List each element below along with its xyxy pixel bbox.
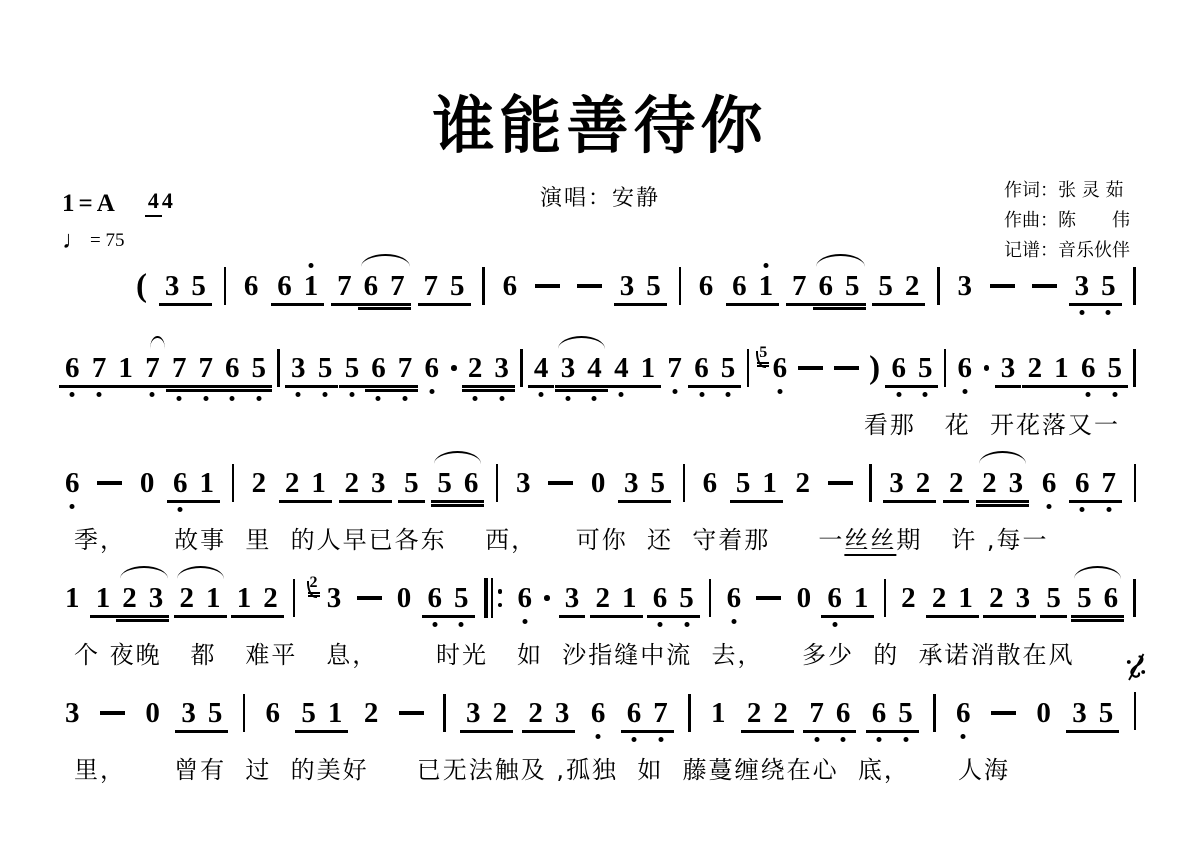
beam-group: 61 (731, 272, 774, 301)
note: 4 (613, 354, 630, 383)
lyric-line-2: 季， 故事 里 的人早已各东 西， 可你 还 守着那 一丝丝期 许 ,每一 (64, 520, 1136, 556)
note: 5 (449, 272, 466, 301)
beam-group-slur: 56 (436, 469, 479, 498)
beam-group: 6 (956, 354, 989, 383)
octave-dot-below (203, 396, 208, 401)
beam-line (143, 615, 170, 617)
beam-group: 6 (1041, 469, 1058, 498)
note: 5 (877, 272, 894, 301)
octave-dot-below (1106, 310, 1111, 315)
barline (869, 464, 871, 502)
note: 6 (772, 354, 789, 383)
beam-line (673, 615, 700, 617)
barline (1133, 267, 1135, 305)
beam-line (59, 385, 86, 387)
beam-line (444, 303, 471, 305)
duration-dash (577, 284, 602, 287)
barline (884, 579, 886, 617)
note: 5 (344, 354, 361, 383)
note: 2 (595, 584, 612, 613)
octave-dot-below (923, 392, 928, 397)
beam-line (431, 500, 458, 502)
beam-line (726, 303, 753, 305)
beam-group: 61 (172, 469, 215, 498)
beam-group: 6 (955, 699, 972, 728)
octave-dot-below (1079, 310, 1084, 315)
beam-line (614, 303, 641, 305)
duration-dash (828, 481, 853, 484)
octave-dot-below (961, 734, 966, 739)
beam-group: 2 (794, 469, 811, 498)
note: 2 (284, 469, 301, 498)
beam-group: 6 (702, 469, 719, 498)
beam-line (872, 303, 899, 305)
barline (683, 464, 685, 502)
repeat-dots (498, 589, 503, 607)
octave-dot-below (376, 396, 381, 401)
beam-group: 51 (735, 469, 778, 498)
note: 3 (64, 699, 81, 728)
note: 7 (171, 354, 188, 383)
note: 6 (955, 699, 972, 728)
octave-dot-below (896, 392, 901, 397)
note: 2 (491, 699, 508, 728)
octave-dot-below (349, 392, 354, 397)
note: 6 (243, 272, 260, 301)
time-upper: 4 (145, 188, 162, 217)
beam-line (1022, 385, 1049, 387)
beam-group: 23 (527, 699, 570, 728)
note: 2 (904, 272, 921, 301)
beam-line (756, 500, 783, 502)
beam-line (458, 504, 485, 506)
music-line-4: 1123211223065632165606122123556 (64, 570, 1136, 626)
augmentation-dot (451, 365, 457, 371)
barline (243, 694, 245, 732)
note: 2 (746, 699, 763, 728)
beam-line (618, 500, 645, 502)
beam-line (976, 504, 1003, 506)
note: 3 (370, 469, 387, 498)
note: 5 (1106, 354, 1123, 383)
beam-line (608, 385, 635, 387)
note: 3 (619, 272, 636, 301)
note: 2 (179, 584, 196, 613)
octave-dot-below (1112, 392, 1117, 397)
beam-group: 71 (91, 354, 134, 383)
beam-group: 2 (948, 469, 965, 498)
octave-dot-below (1086, 392, 1091, 397)
beam-line (166, 389, 193, 391)
tempo-value: 75 (105, 230, 124, 251)
note: 1 (117, 354, 134, 383)
beam-line (1048, 385, 1075, 387)
beam-line (1040, 615, 1067, 617)
beam-line (418, 303, 445, 305)
beam-line (193, 385, 220, 387)
note: 5 (1076, 584, 1093, 613)
octave-dot-below (1106, 507, 1111, 512)
note: 2 (772, 699, 789, 728)
note: 5 (720, 354, 737, 383)
beam-line (202, 730, 229, 732)
note: 7 (198, 354, 215, 383)
beam-group: 67 (626, 699, 669, 728)
note: 3 (564, 584, 581, 613)
note: 3 (1015, 584, 1032, 613)
beam-line (635, 385, 662, 387)
quarter-note-icon: ♩ (62, 227, 90, 254)
note: 0 (139, 469, 156, 498)
beam-line (159, 303, 186, 305)
note: 2 (915, 469, 932, 498)
beam-line (358, 303, 385, 305)
barline (679, 267, 681, 305)
beam-line (926, 615, 953, 617)
octave-dot-below (619, 392, 624, 397)
octave-dot-below (841, 737, 846, 742)
note: 2 (467, 354, 484, 383)
beam-line (219, 389, 246, 391)
note: 6 (693, 354, 710, 383)
beam-line (1066, 730, 1093, 732)
duration-dash (991, 711, 1016, 714)
note: 1 (205, 584, 222, 613)
note: 6 (890, 354, 907, 383)
beam-line (246, 389, 273, 391)
note: 5 (650, 469, 667, 498)
beam-line (143, 619, 170, 621)
octave-dot-above (763, 263, 768, 268)
note: 6 (626, 699, 643, 728)
beam-line (90, 615, 117, 617)
beam-line (730, 500, 757, 502)
beam-group: 1 (64, 584, 81, 613)
note: 1 (758, 272, 775, 301)
beam-line (555, 385, 582, 387)
beam-group: 4 (533, 354, 550, 383)
barline (688, 694, 690, 732)
augmentation-dot (984, 365, 990, 371)
octave-dot-below (684, 622, 689, 627)
beam-group: 65 (1080, 354, 1123, 383)
note: 1 (853, 584, 870, 613)
barline (1133, 349, 1135, 387)
note: 5 (403, 469, 420, 498)
beam-line (392, 389, 419, 391)
beam-line (384, 307, 411, 309)
octave-dot-below (903, 737, 908, 742)
beam-line (1069, 500, 1096, 502)
beam-line (640, 303, 667, 305)
note: 5 (436, 469, 453, 498)
beam-group: 7 (666, 354, 683, 383)
beam-group: 0 (1035, 699, 1052, 728)
repeat-sign (484, 578, 503, 618)
intro-paren: ) (869, 352, 880, 385)
note: 3 (290, 354, 307, 383)
final-barline-with-segno (1134, 692, 1136, 734)
beam-line (246, 385, 273, 387)
note: 6 (370, 354, 387, 383)
lyric-segment: 里， 曾有 过 的美好 已无法触及 ,孤独 如 藤蔓缠绕在心 底， 人海 (74, 756, 1010, 784)
octave-dot-below (1047, 504, 1052, 509)
beam-line (1098, 615, 1125, 617)
note: 1 (761, 469, 778, 498)
key-prefix: 1 (62, 190, 75, 217)
beam-line (460, 730, 487, 732)
beam-line (305, 500, 332, 502)
beam-line (193, 389, 220, 391)
beam-line (952, 615, 979, 617)
octave-dot-below (323, 392, 328, 397)
note: 5 (190, 272, 207, 301)
note: 7 (336, 272, 353, 301)
grace-digit: 5 (759, 345, 767, 361)
intro-paren: ( (136, 270, 147, 303)
note: 6 (363, 272, 380, 301)
note: 6 (1080, 354, 1097, 383)
octave-dot-below (731, 619, 736, 624)
beam-line (1010, 615, 1037, 617)
beam-line (116, 619, 143, 621)
score: (356617677563566176552335 67177765355676… (64, 258, 1136, 786)
segno-icon (1126, 652, 1146, 682)
note: 7 (91, 354, 108, 383)
beam-group: 32 (888, 469, 931, 498)
beam-group: 23 (344, 469, 387, 498)
beam-line (358, 307, 385, 309)
song-title: 谁能善待你 (0, 76, 1200, 165)
note: 2 (344, 469, 361, 498)
beam-group: 0 (396, 584, 413, 613)
note: 5 (207, 699, 224, 728)
beam-line (185, 303, 212, 305)
beam-group: 3 (956, 272, 973, 301)
beam-group: 3 (64, 699, 81, 728)
duration-dash (97, 481, 122, 484)
beam-line (1095, 303, 1122, 305)
note: 5 (645, 272, 662, 301)
beam-group: 0 (590, 469, 607, 498)
beam-line (175, 730, 202, 732)
beam-group: 67 (1074, 469, 1117, 498)
beam-line (983, 615, 1010, 617)
note: 0 (144, 699, 161, 728)
beam-group: 3 (564, 584, 581, 613)
beam-group: 6 (64, 354, 81, 383)
note: 3 (326, 584, 343, 613)
note: 3 (164, 272, 181, 301)
octave-dot-below (658, 737, 663, 742)
octave-dot-below (539, 392, 544, 397)
beam-group: 6 (502, 272, 519, 301)
beam-line (813, 307, 840, 309)
octave-dot-below (522, 619, 527, 624)
beam-group: 7765 (171, 354, 267, 383)
duration-dash (990, 284, 1015, 287)
beam-group: 35 (623, 469, 666, 498)
time-lower: 4 (162, 186, 173, 213)
key-equals: = (75, 190, 97, 217)
beam-group: 52 (877, 272, 920, 301)
note: 3 (148, 584, 165, 613)
beam-group: 22 (746, 699, 789, 728)
beam-line (688, 385, 715, 387)
note: 5 (1100, 272, 1117, 301)
beam-line (422, 615, 449, 617)
beam-line (285, 385, 312, 387)
beam-line (1101, 385, 1128, 387)
beam-group: 0 (796, 584, 813, 613)
beam-line (555, 389, 582, 391)
note: 6 (956, 354, 973, 383)
beam-line (322, 730, 349, 732)
duration-dash (399, 711, 424, 714)
note: 6 (502, 272, 519, 301)
note: 6 (698, 272, 715, 301)
beam-group: 65 (693, 354, 736, 383)
lyric-line-1: 看那 花 开花落又一 (64, 405, 1136, 441)
beam-line (910, 500, 937, 502)
note: 1 (710, 699, 727, 728)
note: 2 (1027, 354, 1044, 383)
note: 6 (835, 699, 852, 728)
duration-dash (357, 596, 382, 599)
beam-line (365, 389, 392, 391)
beam-line (786, 303, 813, 305)
note: 2 (527, 699, 544, 728)
note: 6 (818, 272, 835, 301)
note: 1 (957, 584, 974, 613)
octave-dot-below (296, 392, 301, 397)
octave-dot-below (402, 396, 407, 401)
beam-line (339, 500, 366, 502)
note: 6 (1041, 469, 1058, 498)
beam-group: 35 (1071, 699, 1114, 728)
note: 1 (95, 584, 112, 613)
note: 6 (702, 469, 719, 498)
duration-dash (798, 366, 823, 369)
note: 7 (397, 354, 414, 383)
duration-dash (535, 284, 560, 287)
note: 6 (590, 699, 607, 728)
beam-line (166, 385, 193, 387)
note: 5 (917, 354, 934, 383)
beam-line (462, 389, 489, 391)
beam-group: 3 (290, 354, 307, 383)
beam-group: 567 (344, 354, 414, 383)
tempo-equals: = (90, 230, 101, 251)
beam-line (976, 500, 1003, 502)
beam-line (839, 303, 866, 305)
beam-line (271, 303, 298, 305)
note: 6 (463, 469, 480, 498)
music-line-2: 67177765355676234344176556)65632165 (64, 340, 1136, 396)
note: 7 (808, 699, 825, 728)
beam-group: 3 (1000, 354, 1017, 383)
octave-dot-below (150, 392, 155, 397)
beam-line (621, 730, 648, 732)
beam-group: 6 (424, 354, 457, 383)
barline (520, 349, 522, 387)
beam-group: 35 (180, 699, 223, 728)
beam-line (86, 385, 113, 387)
beam-line (995, 385, 1022, 387)
note: 6 (276, 272, 293, 301)
beam-group: 1 (710, 699, 727, 728)
beam-line (590, 615, 617, 617)
beam-group: 32 (465, 699, 508, 728)
note: 5 (678, 584, 695, 613)
beam-group: 23 (467, 354, 510, 383)
note: 5 (251, 354, 268, 383)
beam-group-slur: 765 (791, 272, 861, 301)
tempo-marking: ♩= 75 (62, 227, 173, 255)
note: 5 (897, 699, 914, 728)
beam-line (219, 385, 246, 387)
note: 6 (726, 584, 743, 613)
note: 1 (303, 272, 320, 301)
note: 3 (1008, 469, 1025, 498)
note: 2 (251, 469, 268, 498)
beam-line (715, 385, 742, 387)
note: 1 (640, 354, 657, 383)
beam-line (392, 385, 419, 387)
octave-dot-below (70, 504, 75, 509)
beam-line (892, 730, 919, 732)
beam-line (257, 615, 284, 617)
repeat-thin-bar (491, 578, 493, 618)
beam-line (803, 730, 830, 732)
note: 7 (1100, 469, 1117, 498)
note: 6 (826, 584, 843, 613)
beam-line (279, 500, 306, 502)
beam-line (848, 615, 875, 617)
note: 0 (796, 584, 813, 613)
note: 3 (1000, 354, 1017, 383)
beam-group: 23 (988, 584, 1031, 613)
beam-group: 3 (515, 469, 532, 498)
grace-digit: 2 (310, 575, 318, 591)
beam-line (200, 615, 227, 617)
note: 6 (64, 354, 81, 383)
note: 5 (1098, 699, 1115, 728)
note: 2 (931, 584, 948, 613)
beam-line (431, 504, 458, 506)
beam-line (1095, 500, 1122, 502)
note: 3 (956, 272, 973, 301)
beam-line (1071, 619, 1098, 621)
beam-line (912, 385, 939, 387)
octave-dot-below (256, 396, 261, 401)
beam-group: 35 (619, 272, 662, 301)
beam-line (116, 615, 143, 617)
note: 1 (310, 469, 327, 498)
octave-dot-below (699, 392, 704, 397)
barline (937, 267, 939, 305)
beam-line (112, 385, 139, 387)
note: 1 (199, 469, 216, 498)
dot (498, 589, 503, 594)
beam-line (194, 500, 221, 502)
note: 3 (1074, 272, 1091, 301)
barline (293, 579, 295, 617)
barline (277, 349, 279, 387)
beam-group: 6 (590, 699, 607, 728)
octave-dot-below (459, 622, 464, 627)
beam-group: 0 (139, 469, 156, 498)
